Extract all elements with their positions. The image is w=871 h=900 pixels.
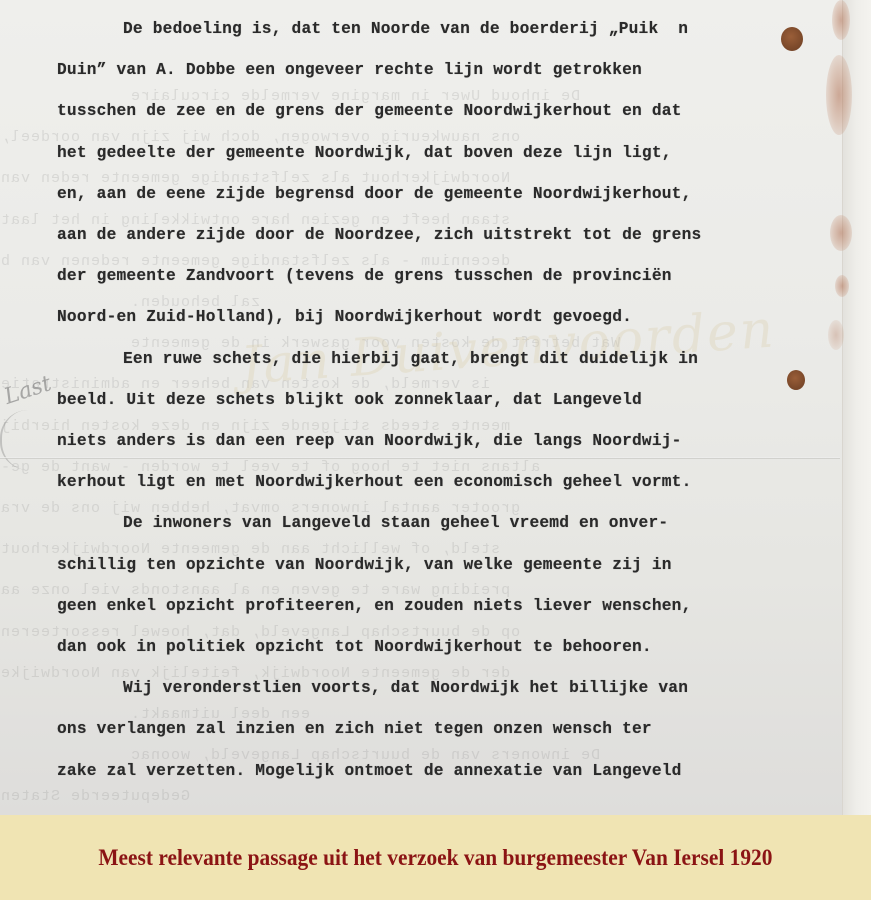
text-line: Duin” van A. Dobbe een ongeveer rechte l… (57, 61, 642, 79)
punch-hole (781, 27, 803, 51)
text-line: zake zal verzetten. Mogelijk ontmoet de … (57, 762, 682, 780)
caption-bar: Meest relevante passage uit het verzoek … (0, 815, 871, 900)
text-line: der gemeente Zandvoort (tevens de grens … (57, 267, 672, 285)
text-line: geen enkel opzicht profiteeren, en zoude… (57, 597, 692, 615)
rust-stain (832, 0, 850, 40)
text-line: beeld. Uit deze schets blijkt ook zonnek… (57, 391, 642, 409)
text-line: dan ook in politiek opzicht tot Noordwij… (57, 638, 652, 656)
text-line: Wij veronderstlien voorts, dat Noordwijk… (123, 679, 688, 697)
text-line: ons verlangen zal inzien en zich niet te… (57, 720, 652, 738)
text-line: tusschen de zee en de grens der gemeente… (57, 102, 682, 120)
paper-fold-line (0, 457, 840, 459)
rust-stain (835, 275, 849, 297)
text-line: Een ruwe schets, die hierbij gaat, breng… (123, 350, 698, 368)
bleed-through-line: Gedeputeerde Staten (0, 788, 190, 805)
text-line: niets anders is dan een reep van Noordwi… (57, 432, 682, 450)
punch-hole (787, 370, 805, 390)
text-line: aan de andere zijde door de Noordzee, zi… (57, 226, 701, 244)
rust-stain (826, 55, 852, 135)
rust-stain (830, 215, 852, 251)
text-line: het gedeelte der gemeente Noordwijk, dat… (57, 144, 672, 162)
text-line: De bedoeling is, dat ten Noorde van de b… (123, 20, 688, 38)
text-line: Noord-en Zuid-Holland), bij Noordwijkerh… (57, 308, 632, 326)
text-line: en, aan de eene zijde begrensd door de g… (57, 185, 692, 203)
caption-text: Meest relevante passage uit het verzoek … (98, 845, 772, 871)
text-line: De inwoners van Langeveld staan geheel v… (123, 514, 668, 532)
text-line: schillig ten opzichte van Noordwijk, van… (57, 556, 672, 574)
rust-stain (828, 320, 844, 350)
scanned-letter-page: De inhoud Uwer in margine vermelde circu… (0, 0, 871, 815)
text-line: kerhout ligt en met Noordwijkerhout een … (57, 473, 692, 491)
